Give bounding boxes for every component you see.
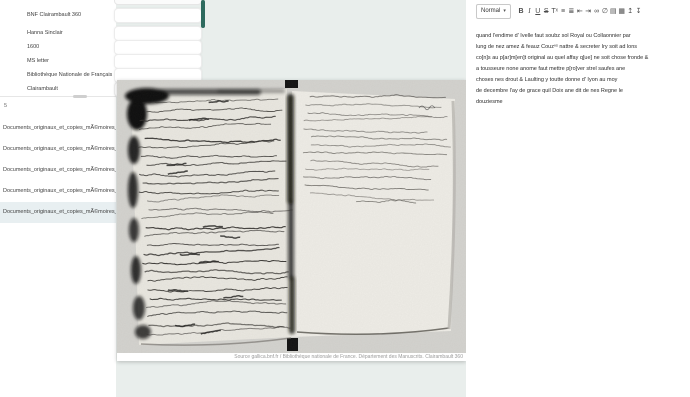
field-label: Bibliothèque Nationale de Français: [27, 72, 116, 78]
chevron-down-icon: ▾: [503, 6, 506, 17]
underline-icon[interactable]: U: [534, 5, 542, 18]
transcript-line: co[n]s au p[ar]m[en]t original au quel a…: [476, 53, 680, 64]
bold-icon[interactable]: B: [517, 5, 525, 18]
field-label: BNF Clairambault 360: [27, 12, 116, 18]
unlink-icon[interactable]: ∅: [601, 5, 609, 18]
link-icon[interactable]: ∞: [592, 5, 600, 18]
paragraph-style-value: Normal: [481, 6, 500, 17]
field-label: Hanna Sinclair: [27, 30, 116, 36]
file-list-item[interactable]: Documents_originaux_et_copies_mÃ©moires_…: [0, 118, 116, 139]
file-list-item[interactable]: Documents_originaux_et_copies_mÃ©moires_…: [0, 181, 116, 202]
panel-divider: [0, 96, 116, 97]
indent-icon[interactable]: ⇥: [584, 5, 592, 18]
transcript-line: de decembre l'ay de grace quil Doix ane …: [476, 86, 680, 97]
superscript-icon[interactable]: Tˣ: [550, 5, 558, 18]
metadata-input[interactable]: [114, 8, 202, 23]
transcript-line: lung de nez amez & feauz Couzⁿˢ nattre &…: [476, 42, 680, 53]
app-window: BNF Clairambault 360 Hanna Sinclair 1600…: [0, 0, 690, 397]
strikethrough-icon[interactable]: S: [542, 5, 550, 18]
file-list: Documents_originaux_et_copies_mÃ©moires_…: [0, 118, 116, 223]
italic-icon[interactable]: I: [525, 5, 533, 18]
metadata-panel: BNF Clairambault 360 Hanna Sinclair 1600…: [0, 0, 116, 397]
editor-toolbar: Normal ▾ B I U S Tˣ ≡ ≣ ⇤ ⇥ ∞ ∅ ▤ ▦ ↥ ↧: [466, 0, 690, 19]
bullet-list-icon[interactable]: ≡: [559, 5, 567, 18]
field-label: Clairambault: [27, 86, 116, 92]
table-icon[interactable]: ▦: [618, 5, 626, 18]
scrollbar-thumb[interactable]: [201, 0, 205, 28]
image-caption: Source gallica.bnf.fr / Bibliothèque nat…: [117, 353, 466, 361]
file-list-item[interactable]: Documents_originaux_et_copies_mÃ©moires_…: [0, 160, 116, 181]
manuscript-viewer[interactable]: Source gallica.bnf.fr / Bibliothèque nat…: [117, 80, 466, 361]
page-count: 5: [4, 103, 7, 109]
metadata-input-partial[interactable]: [114, 0, 202, 5]
metadata-input[interactable]: [114, 40, 202, 55]
outdent-icon[interactable]: ⇤: [576, 5, 584, 18]
manuscript-image[interactable]: [117, 80, 466, 353]
metadata-input[interactable]: [114, 54, 202, 69]
image-icon[interactable]: ▤: [609, 5, 617, 18]
file-list-item-selected[interactable]: Documents_originaux_et_copies_mÃ©moires_…: [0, 202, 116, 223]
upload-icon[interactable]: ↥: [626, 5, 634, 18]
divider-handle[interactable]: [73, 95, 87, 98]
paragraph-style-select[interactable]: Normal ▾: [476, 4, 511, 19]
metadata-input[interactable]: [114, 26, 202, 41]
download-icon[interactable]: ↧: [634, 5, 642, 18]
ordered-list-icon[interactable]: ≣: [567, 5, 575, 18]
field-label: MS letter: [27, 58, 116, 64]
transcript-line: choses nes drout & Laulting y toutte don…: [476, 75, 680, 86]
file-list-item[interactable]: Documents_originaux_et_copies_mÃ©moires_…: [0, 139, 116, 160]
transcript-line: quand l'endime d' Ivelle faut soubz sol …: [476, 31, 680, 42]
field-label: 1600: [27, 44, 116, 50]
transcript-line: douziesme: [476, 97, 680, 108]
transcription-panel: Normal ▾ B I U S Tˣ ≡ ≣ ⇤ ⇥ ∞ ∅ ▤ ▦ ↥ ↧: [466, 0, 690, 397]
toolbar-buttons: B I U S Tˣ ≡ ≣ ⇤ ⇥ ∞ ∅ ▤ ▦ ↥ ↧: [517, 5, 643, 18]
transcription-text[interactable]: quand l'endime d' Ivelle faut soubz sol …: [476, 31, 680, 108]
transcript-line: a tousseure none anome faut mettre p[ro]…: [476, 64, 680, 75]
